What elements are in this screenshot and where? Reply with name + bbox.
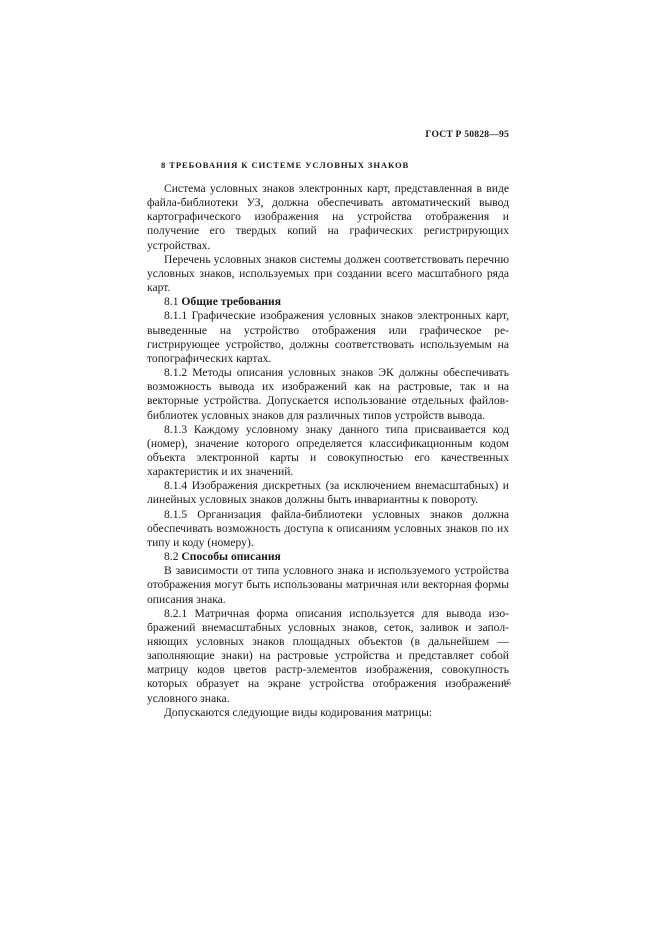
paragraph-intro: Система условных знаков электронных карт… [147,182,509,253]
subsection-title: Общие требования [181,295,281,308]
document-page: ГОСТ Р 50828—95 8 ТРЕБОВАНИЯ К СИСТЕМЕ У… [147,128,509,720]
section-title: 8 ТРЕБОВАНИЯ К СИСТЕМЕ УСЛОВНЫХ ЗНАКОВ [147,159,509,171]
document-header: ГОСТ Р 50828—95 [147,128,509,142]
paragraph-list: Перечень условных знаков системы должен … [147,253,509,295]
subsection-number: 8.2 [164,550,179,563]
paragraph-8-1-2: 8.1.2 Методы описания условных знаков ЭК… [147,366,509,423]
paragraph-8-1-4: 8.1.4 Изображения дискретных (за исключе… [147,479,509,507]
page-number: 15 [497,677,511,687]
subsection-title: Способы описания [181,550,280,563]
paragraph-8-1-3: 8.1.3 Каждому условному знаку данного ти… [147,423,509,480]
paragraph-8-2-intro: В зависимости от типа условного знака и … [147,564,509,606]
paragraph-encoding: Допускаются следующие виды кодирования м… [147,706,509,720]
paragraph-8-1-1: 8.1.1 Графические изображения условных з… [147,309,509,366]
subsection-number: 8.1 [164,295,179,308]
subsection-heading-8-2: 8.2 Способы описания [147,550,509,564]
paragraph-8-1-5: 8.1.5 Организация файла-библиотеки услов… [147,508,509,550]
document-body: Система условных знаков электронных карт… [147,182,509,720]
subsection-heading-8-1: 8.1 Общие требования [147,295,509,309]
paragraph-8-2-1: 8.2.1 Матричная форма описания используе… [147,607,509,706]
